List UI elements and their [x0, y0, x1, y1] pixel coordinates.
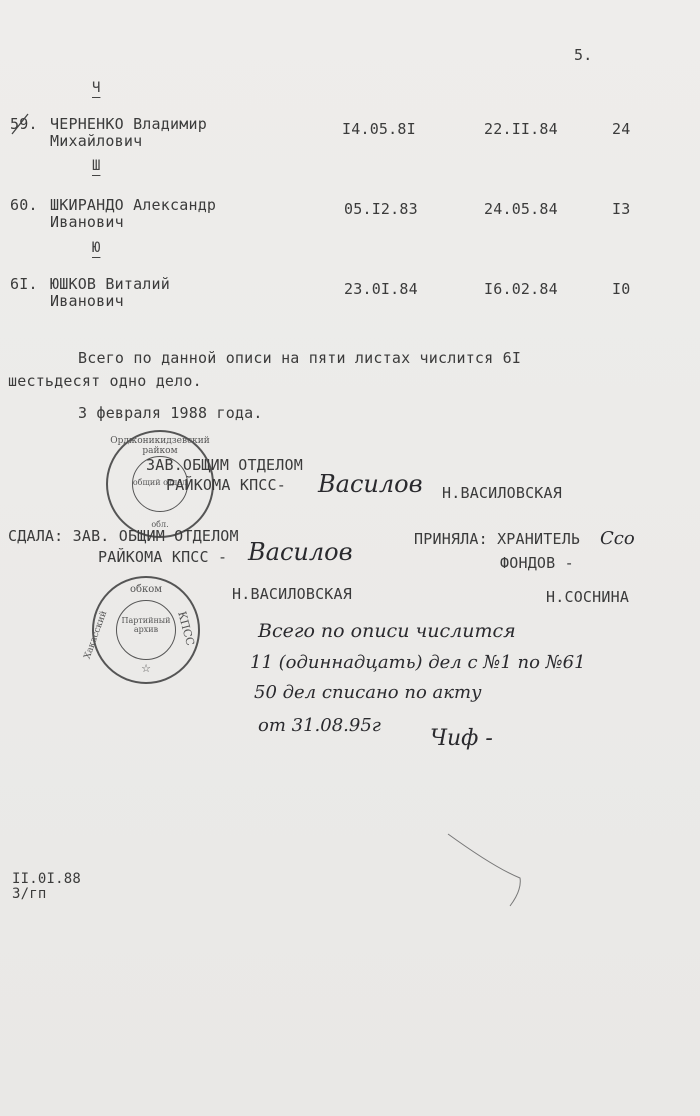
approval-title-line-2: РАЙКОМА КПСС- [166, 476, 286, 494]
letter-heading: Ч [92, 80, 100, 96]
stamp-outer-top-text: обком [94, 584, 198, 595]
entry-patronymic: Иванович [50, 213, 124, 231]
gave-label: СДАЛА: ЗАВ. ОБЩИМ ОТДЕЛОМ [8, 527, 239, 545]
handwritten-note-line-4: от 31.08.95г [258, 715, 381, 736]
entry-end-date: 22.II.84 [484, 120, 558, 138]
gave-name: Н.ВАСИЛОВСКАЯ [232, 585, 352, 603]
footer-code: 3/гп [12, 886, 47, 902]
gave-title-line-2: РАЙКОМА КПСС - [98, 548, 227, 566]
gave-signature: Василов [248, 538, 353, 566]
handwritten-note-line-2: 11 (одиннадцать) дел с №1 по №61 [250, 652, 586, 673]
approval-name: Н.ВАСИЛОВСКАЯ [442, 484, 562, 502]
entry-sheets: 24 [612, 120, 630, 138]
entry-end-date: 24.05.84 [484, 200, 558, 218]
stamp-outer-right-text: КПСС [175, 607, 198, 649]
letter-heading: Ш [92, 158, 100, 174]
entry-name: ШКИРАНДО Александр [50, 196, 216, 214]
entry-number: 60. [10, 196, 38, 214]
entry-end-date: I6.02.84 [484, 280, 558, 298]
page-number: 5. [574, 46, 592, 64]
entry-start-date: 23.0I.84 [344, 280, 418, 298]
entry-name: ЮШКОВ Виталий [50, 275, 170, 293]
approval-signature: Василов [318, 470, 423, 498]
summary-line-2: шестьдесят одно дело. [8, 372, 202, 390]
stamp-outer-left-text: Хакасский [81, 605, 111, 665]
stamp-inner-text: Партийный архив [120, 616, 172, 634]
stamp-outer-text: Орджоникидзевский райком [108, 436, 212, 456]
entry-sheets: I3 [612, 200, 630, 218]
star-icon: ☆ [94, 662, 198, 675]
letter-heading: Ю [92, 240, 100, 256]
entry-patronymic: Михайлович [50, 132, 142, 150]
summary-date: 3 февраля 1988 года. [78, 404, 263, 422]
entry-start-date: I4.05.8I [342, 120, 416, 138]
received-signature: Ссо [600, 528, 635, 549]
summary-line-1: Всего по данной описи на пяти листах чис… [78, 349, 521, 367]
pencil-mark [440, 828, 540, 908]
received-label: ПРИНЯЛА: ХРАНИТЕЛЬ [414, 530, 580, 548]
party-archive-stamp: обком Партийный архив Хакасский КПСС ☆ [92, 576, 200, 684]
received-name: Н.СОСНИНА [546, 588, 629, 606]
entry-patronymic: Иванович [50, 292, 124, 310]
handwritten-note-signature: Чиф - [430, 726, 493, 751]
entry-name: ЧЕРНЕНКО Владимир [50, 115, 207, 133]
entry-sheets: I0 [612, 280, 630, 298]
footer-date: II.0I.88 [12, 871, 81, 887]
handwritten-note-line-1: Всего по описи числится [258, 620, 516, 642]
received-title-line-2: ФОНДОВ - [500, 554, 574, 572]
entry-start-date: 05.I2.83 [344, 200, 418, 218]
document-page: 5. Ч 59. ЧЕРНЕНКО Владимир Михайлович I4… [0, 0, 700, 1116]
entry-number: 6I. [10, 275, 38, 293]
handwritten-note-line-3: 50 дел списано по акту [254, 682, 482, 703]
approval-title-line-1: ЗАВ.ОБЩИМ ОТДЕЛОМ [146, 456, 303, 474]
strikethrough-mark [10, 112, 32, 136]
